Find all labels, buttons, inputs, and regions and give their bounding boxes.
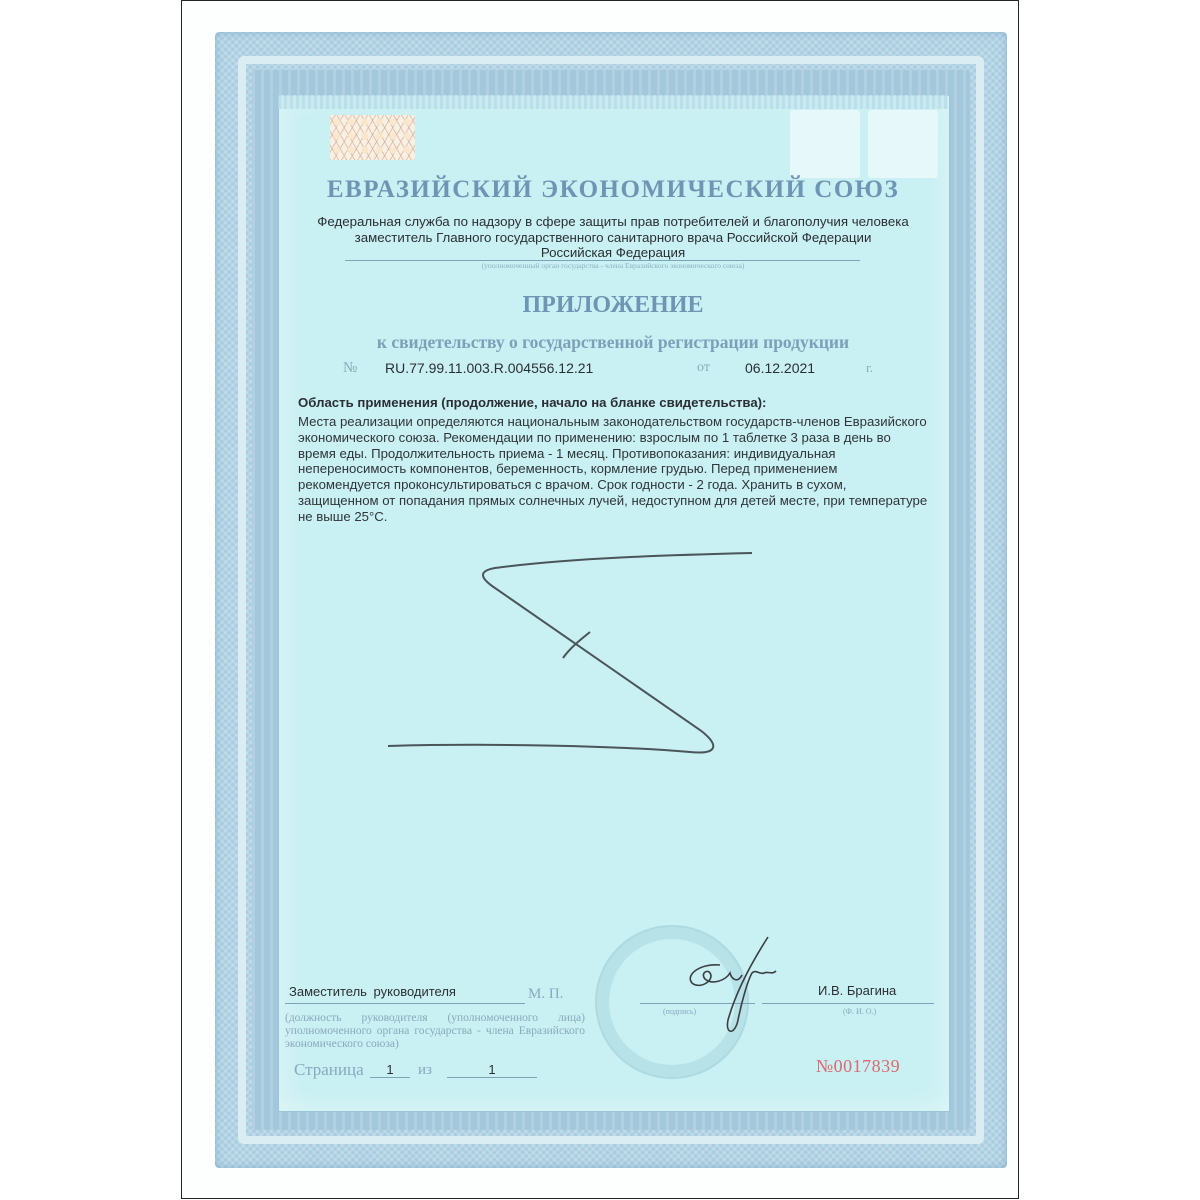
authority-caption: (уполномоченный орган государства - член…: [278, 261, 948, 270]
z-cancellation-mark-icon: [370, 540, 770, 760]
appendix-title: ПРИЛОЖЕНИЕ: [278, 292, 948, 319]
handwritten-signature-icon: [680, 935, 790, 1045]
registration-date: 06.12.2021: [745, 360, 815, 376]
page-label: Страница: [294, 1060, 364, 1080]
signatory-position: Заместитель руководителя: [289, 984, 456, 999]
microtext-band: [278, 95, 948, 109]
seal-label: М. П.: [528, 986, 563, 1003]
serial-number: №0017839: [816, 1056, 900, 1077]
blank-field-box: [790, 110, 860, 178]
scope-body: Места реализации определяются национальн…: [298, 414, 928, 525]
of-label: из: [418, 1062, 432, 1079]
authority-block: Федеральная служба по надзору в сфере за…: [278, 214, 948, 261]
authority-line: Российская Федерация: [278, 245, 948, 261]
blank-field-box: [868, 110, 938, 178]
signatory-name: И.В. Брагина: [818, 983, 896, 998]
hologram-icon: [330, 115, 415, 160]
divider: [285, 1003, 525, 1004]
authority-line: заместитель Главного государственного са…: [278, 230, 948, 246]
position-caption: (должность руководителя (уполномоченного…: [285, 1012, 585, 1051]
authority-line: Федеральная служба по надзору в сфере за…: [278, 214, 948, 230]
date-label: от: [697, 360, 710, 376]
union-title: ЕВРАЗИЙСКИЙ ЭКОНОМИЧЕСКИЙ СОЮЗ: [278, 176, 948, 204]
registration-number: RU.77.99.11.003.R.004556.12.21: [385, 360, 593, 376]
appendix-subtitle: к свидетельству о государственной регист…: [278, 332, 948, 353]
name-caption: (Ф. И. О.): [843, 1007, 876, 1016]
current-page: 1: [370, 1062, 410, 1078]
number-label: №: [343, 360, 357, 377]
scope-heading: Область применения (продолжение, начало …: [298, 395, 766, 410]
total-pages: 1: [447, 1062, 537, 1078]
year-suffix: г.: [866, 360, 873, 376]
